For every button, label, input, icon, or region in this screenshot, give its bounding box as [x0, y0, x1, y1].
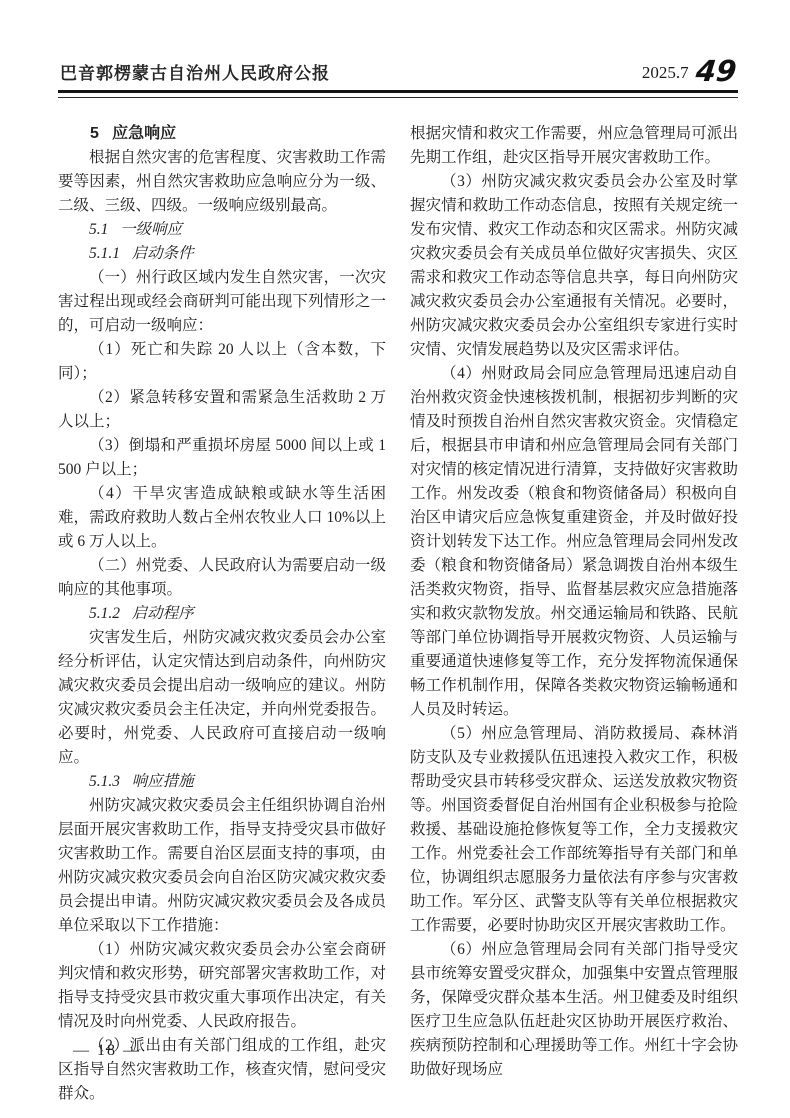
article-heading: 5.1 一级响应 — [58, 218, 386, 242]
article-paragraph: （一）州行政区域内发生自然灾害，一次灾害过程出现或经会商研判可能出现下列情形之一… — [58, 266, 386, 338]
article-paragraph: （5）州应急管理局、消防救援局、森林消防支队及专业救援队伍迅速投入救灾工作，积极… — [410, 722, 738, 938]
article-heading: 5 应急响应 — [58, 122, 386, 146]
article-paragraph: （二）州党委、人民政府认为需要启动一级响应的其他事项。 — [58, 554, 386, 602]
article-paragraph: （4）干旱灾害造成缺粮或缺水等生活困难，需政府救助人数占全州农牧业人口 10%以… — [58, 482, 386, 554]
article-paragraph: 根据自然灾害的危害程度、灾害救助工作需要等因素，州自然灾害救助应急响应分为一级、… — [58, 146, 386, 218]
article-paragraph: （1）死亡和失踪 20 人以上（含本数，下同）； — [58, 338, 386, 386]
article-heading: 5.1.1 启动条件 — [58, 242, 386, 266]
article-paragraph: 根据灾情和救灾工作需要，州应急管理局可派出先期工作组，赴灾区指导开展灾害救助工作… — [410, 122, 738, 170]
article-paragraph: （2）紧急转移安置和需紧急生活救助 2 万人以上； — [58, 386, 386, 434]
page-header: 巴音郭楞蒙古自治州人民政府公报 2025.7 49 — [58, 58, 738, 90]
issue-number: 49 — [694, 58, 737, 84]
article-paragraph: （3）州防灾减灾救灾委员会办公室及时掌握灾情和救助工作动态信息，按照有关规定统一… — [410, 170, 738, 362]
article-paragraph: （4）州财政局会同应急管理局迅速启动自治州救灾资金快速核拨机制，根据初步判断的灾… — [410, 362, 738, 722]
gazette-title: 巴音郭楞蒙古自治州人民政府公报 — [60, 59, 330, 84]
article-paragraph: （1）州防灾减灾救灾委员会办公室会商研判灾情和救灾形势，研究部署灾害救助工作，对… — [58, 938, 386, 1034]
article-paragraph: （6）州应急管理局会同有关部门指导受灾县市统筹安置受灾群众，加强集中安置点管理服… — [410, 938, 738, 1082]
article-columns: 5 应急响应根据自然灾害的危害程度、灾害救助工作需要等因素，州自然灾害救助应急响… — [58, 122, 738, 1106]
gazette-page: 巴音郭楞蒙古自治州人民政府公报 2025.7 49 5 应急响应根据自然灾害的危… — [0, 0, 790, 1118]
article-paragraph: （3）倒塌和严重损坏房屋 5000 间以上或 1500 户以上； — [58, 434, 386, 482]
article-heading: 5.1.2 启动程序 — [58, 602, 386, 626]
header-double-rule — [58, 90, 738, 98]
page-number: — 18 — — [73, 1042, 141, 1060]
article-heading: 5.1.3 响应措施 — [58, 770, 386, 794]
issue-date: 2025.7 — [642, 63, 689, 84]
article-paragraph: 灾害发生后，州防灾减灾救灾委员会办公室经分析评估，认定灾情达到启动条件，向州防灾… — [58, 626, 386, 770]
issue-info: 2025.7 49 — [642, 58, 736, 84]
left-column: 5 应急响应根据自然灾害的危害程度、灾害救助工作需要等因素，州自然灾害救助应急响… — [58, 122, 386, 1106]
article-paragraph: 州防灾减灾救灾委员会主任组织协调自治州层面开展灾害救助工作，指导支持受灾县市做好… — [58, 794, 386, 938]
right-column: 根据灾情和救灾工作需要，州应急管理局可派出先期工作组，赴灾区指导开展灾害救助工作… — [410, 122, 738, 1106]
